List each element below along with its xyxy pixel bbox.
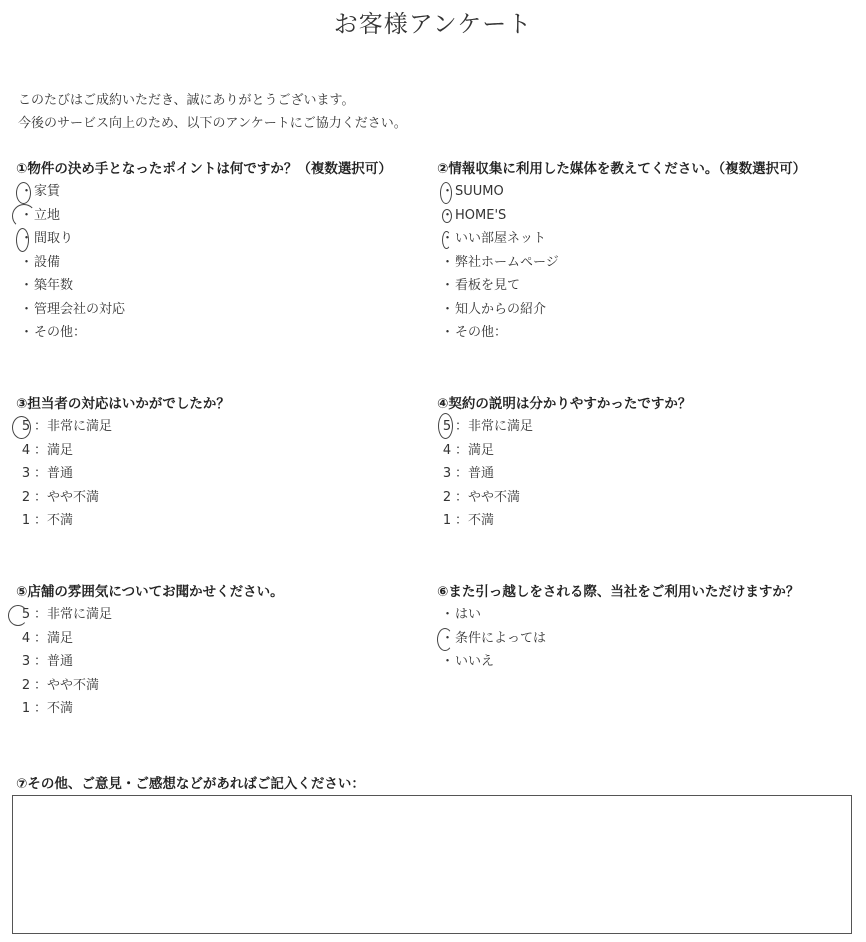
question-6: ⑥また引っ越しをされる際、当社をご利用いただけますか？ ・はい ・条件によっては… xyxy=(437,581,847,674)
q3-option-5[interactable]: 5：非常に満足 xyxy=(16,415,426,439)
bullet: ・ xyxy=(20,321,32,345)
q3-option-4[interactable]: 4：満足 xyxy=(16,439,426,463)
q5-option-2[interactable]: 2：やや不満 xyxy=(16,674,426,698)
option-label: ：やや不満 xyxy=(455,490,520,505)
question-1: ①物件の決め手となったポイントは何ですか？（複数選択可） ・家賃 ・立地 ・間取… xyxy=(16,158,426,345)
option-label: 家賃 xyxy=(34,184,60,199)
option-label: 間取り xyxy=(34,231,73,246)
option-label: 設備 xyxy=(34,255,60,270)
option-label: SUUMO xyxy=(455,184,504,199)
rating-number: 1 xyxy=(441,509,453,533)
option-label: ：非常に満足 xyxy=(34,419,112,434)
q3-option-2[interactable]: 2：やや不満 xyxy=(16,486,426,510)
option-label: 弊社ホームページ xyxy=(455,255,559,270)
option-label: その他： xyxy=(34,325,86,340)
rating-number: 2 xyxy=(20,486,32,510)
q3-option-3[interactable]: 3：普通 xyxy=(16,462,426,486)
question-4: ④契約の説明は分かりやすかったですか？ 5：非常に満足 4：満足 3：普通 2：… xyxy=(437,393,847,533)
q2-option-signboard[interactable]: ・看板を見て xyxy=(437,274,847,298)
rating-number: 3 xyxy=(20,462,32,486)
option-label: HOME'S xyxy=(455,208,506,223)
intro-text: このたびはご成約いただき、誠にありがとうございます。 今後のサービス向上のため、… xyxy=(18,89,407,135)
rating-number: 2 xyxy=(441,486,453,510)
q6-option-no[interactable]: ・いいえ xyxy=(437,650,847,674)
q1-option-rent[interactable]: ・家賃 xyxy=(16,180,426,204)
option-label: 知人からの紹介 xyxy=(455,302,546,317)
q1-option-building-age[interactable]: ・築年数 xyxy=(16,274,426,298)
bullet: ・ xyxy=(441,321,453,345)
option-label: はい xyxy=(455,607,481,622)
option-label: 築年数 xyxy=(34,278,73,293)
option-label: ：非常に満足 xyxy=(455,419,533,434)
option-label: いいえ xyxy=(455,654,494,669)
q2-option-homes[interactable]: ・HOME'S xyxy=(437,204,847,228)
option-label: 管理会社の対応 xyxy=(34,302,125,317)
q4-option-3[interactable]: 3：普通 xyxy=(437,462,847,486)
bullet: ・ xyxy=(20,298,32,322)
rating-number: 3 xyxy=(20,650,32,674)
option-label: ：非常に満足 xyxy=(34,607,112,622)
q1-option-facilities[interactable]: ・設備 xyxy=(16,251,426,275)
q2-option-company-website[interactable]: ・弊社ホームページ xyxy=(437,251,847,275)
rating-number: 5 xyxy=(20,415,32,439)
question-3-title: ③担当者の対応はいかがでしたか？ xyxy=(16,393,426,415)
q5-option-4[interactable]: 4：満足 xyxy=(16,627,426,651)
option-label: ：やや不満 xyxy=(34,678,99,693)
q2-option-referral[interactable]: ・知人からの紹介 xyxy=(437,298,847,322)
question-2-title: ②情報収集に利用した媒体を教えてください。（複数選択可） xyxy=(437,158,847,180)
bullet: ・ xyxy=(20,274,32,298)
q6-option-depends[interactable]: ・条件によっては xyxy=(437,627,847,651)
q1-option-management[interactable]: ・管理会社の対応 xyxy=(16,298,426,322)
bullet: ・ xyxy=(441,251,453,275)
q2-option-other[interactable]: ・その他： xyxy=(437,321,847,345)
rating-number: 5 xyxy=(20,603,32,627)
rating-number: 1 xyxy=(20,697,32,721)
comment-textbox[interactable] xyxy=(12,795,852,934)
survey-title: お客様アンケート xyxy=(0,4,866,39)
option-label: ：普通 xyxy=(34,466,73,481)
question-2: ②情報収集に利用した媒体を教えてください。（複数選択可） ・SUUMO ・HOM… xyxy=(437,158,847,345)
option-label: ：不満 xyxy=(34,701,73,716)
bullet: ・ xyxy=(441,650,453,674)
bullet: ・ xyxy=(441,603,453,627)
q4-option-2[interactable]: 2：やや不満 xyxy=(437,486,847,510)
q1-option-other[interactable]: ・その他： xyxy=(16,321,426,345)
question-5: ⑤店舗の雰囲気についてお聞かせください。 5：非常に満足 4：満足 3：普通 2… xyxy=(16,581,426,721)
bullet: ・ xyxy=(441,180,453,204)
bullet: ・ xyxy=(441,274,453,298)
q4-option-4[interactable]: 4：満足 xyxy=(437,439,847,463)
bullet: ・ xyxy=(20,227,32,251)
bullet: ・ xyxy=(441,227,453,251)
bullet: ・ xyxy=(441,627,453,651)
question-6-title: ⑥また引っ越しをされる際、当社をご利用いただけますか？ xyxy=(437,581,847,603)
q2-option-suumo[interactable]: ・SUUMO xyxy=(437,180,847,204)
option-label: ：普通 xyxy=(34,654,73,669)
option-label: ：不満 xyxy=(34,513,73,528)
bullet: ・ xyxy=(441,298,453,322)
bullet: ・ xyxy=(441,204,453,228)
q5-option-3[interactable]: 3：普通 xyxy=(16,650,426,674)
question-7-title: ⑦その他、ご意見・ご感想などがあればご記入ください： xyxy=(16,772,365,792)
option-label: いい部屋ネット xyxy=(455,231,546,246)
rating-number: 2 xyxy=(20,674,32,698)
q5-option-5[interactable]: 5：非常に満足 xyxy=(16,603,426,627)
intro-line-2: 今後のサービス向上のため、以下のアンケートにご協力ください。 xyxy=(18,112,407,135)
q4-option-1[interactable]: 1：不満 xyxy=(437,509,847,533)
option-label: ：満足 xyxy=(34,631,73,646)
q5-option-1[interactable]: 1：不満 xyxy=(16,697,426,721)
q1-option-layout[interactable]: ・間取り xyxy=(16,227,426,251)
bullet: ・ xyxy=(20,251,32,275)
option-label: その他： xyxy=(455,325,507,340)
intro-line-1: このたびはご成約いただき、誠にありがとうございます。 xyxy=(18,89,407,112)
rating-number: 4 xyxy=(441,439,453,463)
rating-number: 5 xyxy=(441,415,453,439)
question-3: ③担当者の対応はいかがでしたか？ 5：非常に満足 4：満足 3：普通 2：やや不… xyxy=(16,393,426,533)
option-label: ：満足 xyxy=(34,443,73,458)
question-5-title: ⑤店舗の雰囲気についてお聞かせください。 xyxy=(16,581,426,603)
rating-number: 3 xyxy=(441,462,453,486)
bullet: ・ xyxy=(20,204,32,228)
bullet: ・ xyxy=(20,180,32,204)
option-label: ：やや不満 xyxy=(34,490,99,505)
option-label: ：普通 xyxy=(455,466,494,481)
option-label: 立地 xyxy=(34,208,60,223)
q1-option-location[interactable]: ・立地 xyxy=(16,204,426,228)
q6-option-yes[interactable]: ・はい xyxy=(437,603,847,627)
question-1-title: ①物件の決め手となったポイントは何ですか？（複数選択可） xyxy=(16,158,426,180)
option-label: 条件によっては xyxy=(455,631,546,646)
option-label: 看板を見て xyxy=(455,278,520,293)
rating-number: 1 xyxy=(20,509,32,533)
q2-option-iiheya-net[interactable]: ・いい部屋ネット xyxy=(437,227,847,251)
question-4-title: ④契約の説明は分かりやすかったですか？ xyxy=(437,393,847,415)
q3-option-1[interactable]: 1：不満 xyxy=(16,509,426,533)
rating-number: 4 xyxy=(20,627,32,651)
rating-number: 4 xyxy=(20,439,32,463)
option-label: ：不満 xyxy=(455,513,494,528)
option-label: ：満足 xyxy=(455,443,494,458)
q4-option-5[interactable]: 5：非常に満足 xyxy=(437,415,847,439)
